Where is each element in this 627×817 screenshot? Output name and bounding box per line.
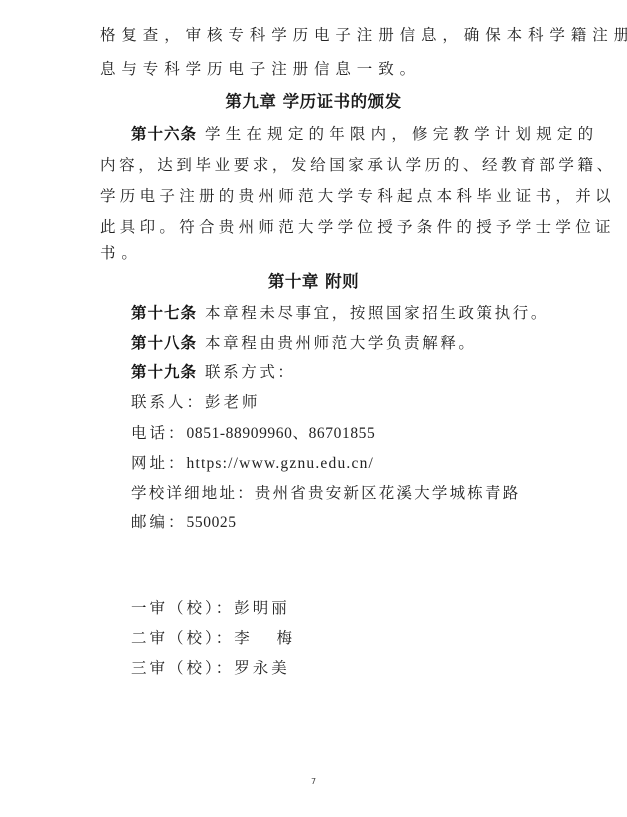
- article-19-text: 联系方式：: [205, 363, 296, 381]
- article-18-label: 第十八条: [131, 333, 197, 352]
- phone-label: 电话：: [131, 424, 187, 442]
- paragraph-line: 此具印。符合贵州师范大学学位授予条件的授予学士学位证: [100, 217, 615, 237]
- paragraph-line: 格复查，审核专科学历电子注册信息，确保本科学籍注册信: [100, 25, 627, 45]
- article-16-text: 学生在规定的年限内，修完教学计划规定的: [205, 125, 598, 143]
- article-19: 第十九条联系方式：: [131, 362, 296, 382]
- contact-website: 网址：https://www.gznu.edu.cn/: [131, 453, 374, 474]
- paragraph-line: 内容，达到毕业要求，发给国家承认学历的、经教育部学籍、: [100, 155, 616, 175]
- paragraph-line: 学历电子注册的贵州师范大学专科起点本科毕业证书，并以: [100, 186, 615, 206]
- article-19-label: 第十九条: [131, 362, 197, 381]
- review-3: 三审（校）：罗永美: [131, 658, 290, 678]
- article-17-label: 第十七条: [131, 303, 197, 322]
- zip-label: 邮编：: [131, 513, 187, 531]
- article-18-text: 本章程由贵州师范大学负责解释。: [205, 334, 477, 352]
- contact-phone: 电话：0851-88909960、86701855: [131, 423, 375, 444]
- review-2: 二审（校）：李 梅: [131, 628, 295, 648]
- website-url[interactable]: https://www.gznu.edu.cn/: [187, 455, 375, 472]
- article-16-first-line: 第十六条学生在规定的年限内，修完教学计划规定的: [131, 124, 598, 144]
- review-1: 一审（校）：彭明丽: [131, 598, 290, 618]
- article-18: 第十八条本章程由贵州师范大学负责解释。: [131, 333, 477, 353]
- website-label: 网址：: [131, 454, 187, 472]
- article-17: 第十七条本章程未尽事宜，按照国家招生政策执行。: [131, 303, 549, 323]
- phone-number: 0851-88909960、86701855: [187, 425, 376, 442]
- paragraph-line: 息与专科学历电子注册信息一致。: [100, 59, 421, 79]
- paragraph-line: 书。: [100, 243, 143, 263]
- chapter-9-heading: 第九章 学历证书的颁发: [0, 92, 627, 112]
- contact-person: 联系人：彭老师: [131, 392, 261, 412]
- contact-address: 学校详细地址：贵州省贵安新区花溪大学城栋青路: [131, 483, 520, 503]
- zip-code: 550025: [187, 514, 237, 531]
- contact-zip: 邮编：550025: [131, 512, 237, 533]
- chapter-10-heading: 第十章 附则: [0, 272, 627, 292]
- article-16-label: 第十六条: [131, 124, 197, 143]
- page-number: 7: [0, 777, 627, 786]
- article-17-text: 本章程未尽事宜，按照国家招生政策执行。: [205, 304, 549, 322]
